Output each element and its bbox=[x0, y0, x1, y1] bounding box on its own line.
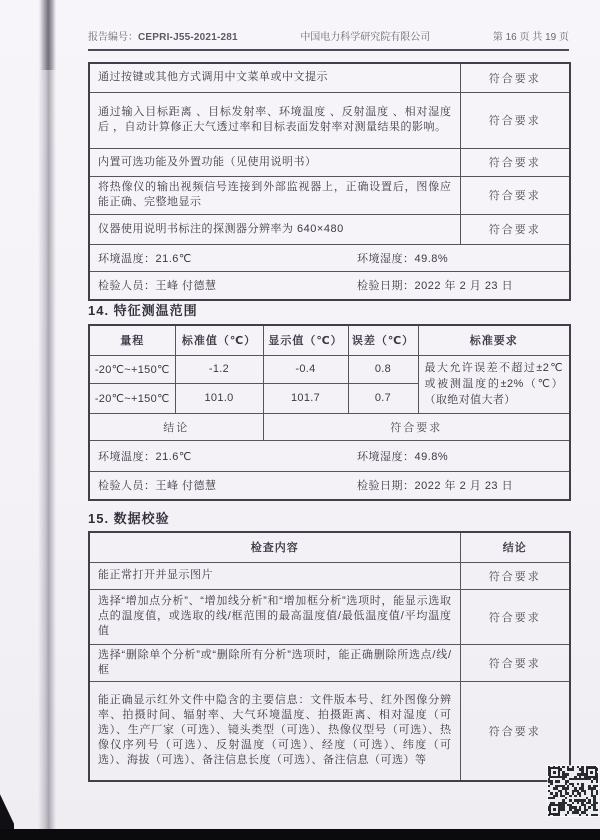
environment-row: 环境温度：21.6℃ 环境湿度：49.8% bbox=[89, 244, 570, 271]
table-row: 通过输入目标距离 、目标发射率、环境温度 、反射温度 、相对湿度后 ，自动计算修… bbox=[89, 92, 570, 148]
header-rule bbox=[88, 49, 569, 51]
conclusion-row: 结论 符合要求 bbox=[89, 413, 570, 440]
section-14-title: 14. 特征测温范围 bbox=[88, 303, 569, 319]
ambient-humidity: 环境湿度：49.8% bbox=[357, 448, 448, 464]
conclusion-value: 符合要求 bbox=[263, 413, 570, 440]
table-row: 仪器使用说明书标注的探测器分辨率为 640×480 符合要求 bbox=[89, 214, 570, 244]
qr-code bbox=[548, 766, 598, 816]
function-check-table: 通过按键或其他方式调用中文菜单或中文提示 符合要求 通过输入目标距离 、目标发射… bbox=[88, 62, 571, 301]
page-content: 报告编号：CEPRI-J55-2021-281 中国电力科学研究院有限公司 第 … bbox=[88, 28, 569, 782]
qr-finder-icon bbox=[549, 767, 560, 778]
table-row: 选择“增加点分析”、“增加线分析”和“增加框分析”选项时，能显示选取点的温度值，… bbox=[89, 589, 570, 644]
inspection-date: 检验日期：2022 年 2 月 23 日 bbox=[357, 277, 513, 293]
temperature-range-table: 量程 标准值（℃） 显示值（℃） 误差（℃） 标准要求 -20℃~+150℃ -… bbox=[88, 324, 571, 501]
scanner-background-strip bbox=[0, 829, 600, 840]
page-fold-shadow-top bbox=[40, 0, 56, 70]
report-number: 报告编号：CEPRI-J55-2021-281 bbox=[88, 28, 238, 43]
table-row: 选择“删除单个分析”或“删除所有分析”选项时，能正确删除所选点/线/框 符合要求 bbox=[89, 644, 570, 681]
ambient-humidity: 环境湿度：49.8% bbox=[357, 250, 448, 266]
page-header: 报告编号：CEPRI-J55-2021-281 中国电力科学研究院有限公司 第 … bbox=[88, 28, 569, 44]
inspectors: 检验人员：王峰 付德慧 bbox=[98, 280, 217, 292]
qr-finder-icon bbox=[586, 767, 597, 778]
org-name: 中国电力科学研究院有限公司 bbox=[300, 28, 430, 43]
table-row: 能正确显示红外文件中隐含的主要信息：文件版本号、红外图像分辨率、拍摄时间、辐射率… bbox=[89, 681, 570, 781]
table-header-row: 检查内容 结论 bbox=[89, 532, 570, 562]
conclusion-label: 结论 bbox=[89, 413, 263, 440]
table-row: 内置可选功能及外置功能（见使用说明书） 符合要求 bbox=[89, 148, 570, 176]
ambient-temperature: 环境温度：21.6℃ bbox=[98, 451, 192, 463]
page-fold-shadow bbox=[38, 0, 56, 830]
table-row: 将热像仪的输出视频信号连接到外部监视器上，正确设置后，图像应能正确、完整地显示 … bbox=[89, 176, 570, 214]
ambient-temperature: 环境温度：21.6℃ bbox=[98, 253, 192, 265]
inspectors: 检验人员：王峰 付德慧 bbox=[98, 480, 217, 492]
standard-requirement-cell: 最大允许误差不超过±2℃或被测温度的±2%（℃）（取绝对值大者） bbox=[418, 355, 570, 413]
table-row: 能正常打开并显示图片 符合要求 bbox=[89, 562, 570, 589]
inspector-row: 检验人员：王峰 付德慧 检验日期：2022 年 2 月 23 日 bbox=[89, 471, 570, 500]
scanned-report-page: 报告编号：CEPRI-J55-2021-281 中国电力科学研究院有限公司 第 … bbox=[0, 0, 600, 840]
inspection-date: 检验日期：2022 年 2 月 23 日 bbox=[357, 477, 513, 493]
section-15-title: 15. 数据校验 bbox=[88, 511, 569, 527]
data-verification-table: 检查内容 结论 能正常打开并显示图片 符合要求 选择“增加点分析”、“增加线分析… bbox=[88, 531, 571, 782]
page-number: 第 16 页 共 19 页 bbox=[493, 28, 569, 43]
table-row: 通过按键或其他方式调用中文菜单或中文提示 符合要求 bbox=[89, 63, 570, 92]
environment-row: 环境温度：21.6℃ 环境湿度：49.8% bbox=[89, 440, 570, 471]
inspector-row: 检验人员：王峰 付德慧 检验日期：2022 年 2 月 23 日 bbox=[89, 271, 570, 300]
table-row: -20℃~+150℃ -1.2 -0.4 0.8 最大允许误差不超过±2℃或被测… bbox=[89, 355, 570, 383]
qr-finder-icon bbox=[549, 804, 560, 815]
table-header-row: 量程 标准值（℃） 显示值（℃） 误差（℃） 标准要求 bbox=[89, 325, 570, 355]
